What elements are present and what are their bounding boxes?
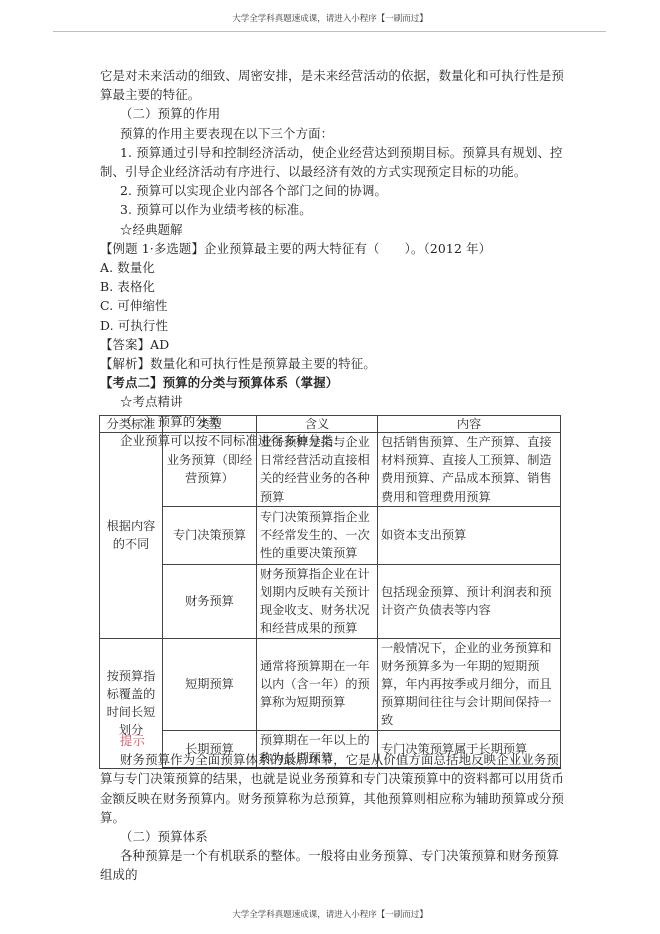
topic-sub: ☆考点精讲 (100, 392, 565, 411)
post-table-text: 提示 财务预算作为全面预算体系的最后环节，它是从价值方面总括地反映企业业务预算与… (100, 731, 565, 885)
answer: 【答案】AD (100, 335, 565, 354)
type-cell: 短期预算 (163, 638, 257, 730)
system-paragraph: 各种预算是一个有机联系的整体。一般将由业务预算、专门决策预算和财务预算组成的 (100, 846, 565, 884)
section-heading-role: （二）预算的作用 (100, 104, 565, 123)
tip-label: 提示 (100, 731, 565, 750)
standard-cell: 根据内容的不同 (100, 433, 163, 639)
definition-cell: 专门决策预算指企业不经常发生的、一次性的重要决策预算 (257, 506, 378, 564)
header-standard: 分类标准 (100, 416, 163, 433)
content-cell: 包括现金预算、预计利润表和预计资产负债表等内容 (378, 564, 561, 638)
option-d: D. 可执行性 (100, 316, 565, 335)
header-divider (53, 31, 606, 32)
content-cell: 包括销售预算、生产预算、直接材料预算、直接人工预算、制造费用预算、产品成本预算、… (378, 433, 561, 507)
section-lead: 预算的作用主要表现在以下三个方面： (100, 124, 565, 143)
table-row: 财务预算 财务预算指企业在计划期内反映有关预计现金收支、财务状况和经营成果的预算… (100, 564, 561, 638)
option-c: C. 可伸缩性 (100, 296, 565, 315)
type-cell: 财务预算 (163, 564, 257, 638)
header-type: 类型 (163, 416, 257, 433)
table-header-row: 分类标准 类型 含义 内容 (100, 416, 561, 433)
budget-classification-table: 分类标准 类型 含义 内容 根据内容的不同 业务预算（即经营预算） 业务预算是指… (99, 415, 561, 769)
type-cell: 业务预算（即经营预算） (163, 433, 257, 507)
type-cell: 专门决策预算 (163, 506, 257, 564)
header-definition: 含义 (257, 416, 378, 433)
option-a: A. 数量化 (100, 258, 565, 277)
table-row: 专门决策预算 专门决策预算指企业不经常发生的、一次性的重要决策预算 如资本支出预… (100, 506, 561, 564)
section-heading-system: （二）预算体系 (100, 827, 565, 846)
table-row: 根据内容的不同 业务预算（即经营预算） 业务预算是指与企业日常经营活动直接相关的… (100, 433, 561, 507)
table-row: 按预算指标覆盖的时间长短划分 短期预算 通常将预算期在一年以内（含一年）的预算称… (100, 638, 561, 730)
content-cell: 一般情况下，企业的业务预算和财务预算多为一年期的短期预算，年内再按季或月细分，而… (378, 638, 561, 730)
option-b: B. 表格化 (100, 277, 565, 296)
definition-cell: 业务预算是指与企业日常经营活动直接相关的经营业务的各种预算 (257, 433, 378, 507)
page-footer: 大学全学科真题速成课，请进入小程序【一刷而过】 (0, 908, 660, 920)
classic-label: ☆经典题解 (100, 220, 565, 239)
point-1: 1. 预算通过引导和控制经济活动，使企业经营达到预期目标。预算具有规划、控制、引… (100, 143, 565, 181)
content-cell: 如资本支出预算 (378, 506, 561, 564)
point-2: 2. 预算可以实现企业内部各个部门之间的协调。 (100, 181, 565, 200)
page-header: 大学全学科真题速成课，请进入小程序【一刷而过】 (0, 12, 660, 24)
example-question: 【例题 1·多选题】企业预算最主要的两大特征有（ ）。（2012 年） (100, 239, 565, 258)
tip-paragraph: 财务预算作为全面预算体系的最后环节，它是从价值方面总括地反映企业业务预算与专门决… (100, 750, 565, 827)
intro-paragraph: 它是对未来活动的细致、周密安排，是未来经营活动的依据，数量化和可执行性是预算最主… (100, 66, 565, 104)
definition-cell: 通常将预算期在一年以内（含一年）的预算称为短期预算 (257, 638, 378, 730)
point-3: 3. 预算可以作为业绩考核的标准。 (100, 200, 565, 219)
header-content: 内容 (378, 416, 561, 433)
definition-cell: 财务预算指企业在计划期内反映有关预计现金收支、财务状况和经营成果的预算 (257, 564, 378, 638)
analysis: 【解析】数量化和可执行性是预算最主要的特征。 (100, 354, 565, 373)
document-body: 它是对未来活动的细致、周密安排，是未来经营活动的依据，数量化和可执行性是预算最主… (100, 66, 565, 450)
topic-heading: 【考点二】预算的分类与预算体系（掌握） (100, 373, 565, 392)
